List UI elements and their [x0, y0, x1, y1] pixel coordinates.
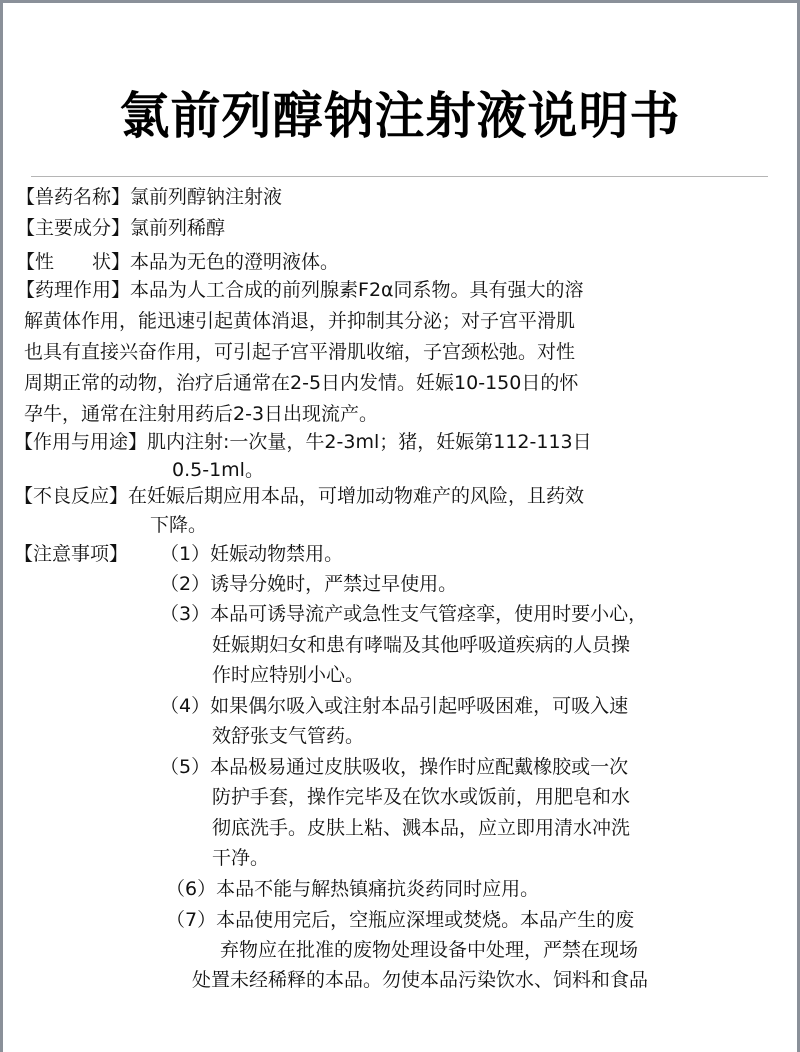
precaution-line: 作时应特别小心。: [212, 661, 364, 689]
section-text: 在妊娠后期应用本品，可增加动物难产的风险，且药效: [128, 485, 584, 507]
title-divider: [31, 176, 768, 177]
item-text: 妊娠动物禁用。: [210, 543, 343, 565]
item-text: 如果偶尔吸入或注射本品引起呼吸困难，可吸入速: [210, 695, 628, 717]
item-text: 本品极易通过皮肤吸收，操作时应配戴橡胶或一次: [210, 756, 628, 778]
item-number: （1）: [160, 543, 210, 565]
precaution-line: 弃物应在批准的废物处理设备中处理，严禁在现场: [220, 936, 638, 964]
adverse-line: 下降。: [150, 511, 207, 539]
precaution-item-6: （6）本品不能与解热镇痛抗炎药同时应用。: [166, 875, 539, 903]
section-label: 【主要成分】: [16, 217, 130, 239]
precaution-line: 干净。: [212, 844, 269, 872]
section-label: 【不良反应】: [14, 485, 128, 507]
precaution-line: 处置未经稀释的本品。勿使本品污染饮水、饲料和食品: [192, 966, 648, 994]
section-adverse: 【不良反应】在妊娠后期应用本品，可增加动物难产的风险，且药效: [14, 482, 584, 510]
item-number: （7）: [166, 909, 216, 931]
precaution-item-7: （7）本品使用完后，空瓶应深埋或焚烧。本品产生的废: [166, 906, 634, 934]
section-appearance: 【性 状】本品为无色的澄明液体。: [16, 248, 339, 276]
section-label: 【药理作用】: [16, 279, 130, 301]
item-number: （4）: [160, 695, 210, 717]
pharmacology-line: 孕牛，通常在注射用药后2-3日出现流产。: [24, 400, 378, 428]
pharmacology-line: 周期正常的动物，治疗后通常在2-5日内发情。妊娠10-150日的怀: [24, 369, 578, 397]
usage-line: 0.5-1ml。: [172, 456, 264, 484]
precaution-item-4: （4）如果偶尔吸入或注射本品引起呼吸困难，可吸入速: [160, 692, 628, 720]
section-usage: 【作用与用途】肌内注射:一次量，牛2-3ml；猪，妊娠第112-113日: [14, 428, 592, 456]
pharmacology-line: 解黄体作用，能迅速引起黄体消退，并抑制其分泌；对子宫平滑肌: [24, 307, 575, 335]
precaution-item-5: （5）本品极易通过皮肤吸收，操作时应配戴橡胶或一次: [160, 753, 628, 781]
section-text: 本品为无色的澄明液体。: [130, 251, 339, 273]
item-text: 诱导分娩时，严禁过早使用。: [210, 573, 457, 595]
precaution-item-1: （1）妊娠动物禁用。: [160, 540, 343, 568]
section-label: 【作用与用途】: [14, 431, 147, 453]
item-text: 本品可诱导流产或急性支气管痉挛，使用时要小心，: [210, 603, 647, 625]
precaution-line: 防护手套，操作完毕及在饮水或饭前，用肥皂和水: [212, 783, 630, 811]
precaution-line: 效舒张支气管药。: [212, 722, 364, 750]
section-text: 本品为人工合成的前列腺素F2α同系物。具有强大的溶: [130, 279, 584, 301]
precaution-item-2: （2）诱导分娩时，严禁过早使用。: [160, 570, 457, 598]
item-number: （6）: [166, 878, 216, 900]
item-number: （5）: [160, 756, 210, 778]
document-title: 氯前列醇钠注射液说明书: [0, 84, 800, 148]
precaution-item-3: （3）本品可诱导流产或急性支气管痉挛，使用时要小心，: [160, 600, 647, 628]
pharmacology-line: 也具有直接兴奋作用，可引起子宫平滑肌收缩，子宫颈松弛。对性: [24, 338, 575, 366]
item-number: （3）: [160, 603, 210, 625]
precaution-line: 妊娠期妇女和患有哮喘及其他呼吸道疾病的人员操: [212, 631, 630, 659]
section-ingredient: 【主要成分】氯前列稀醇: [16, 214, 225, 242]
item-number: （2）: [160, 573, 210, 595]
precaution-line: 彻底洗手。皮肤上粘、溅本品，应立即用清水冲洗: [212, 814, 630, 842]
section-label: 【兽药名称】: [16, 186, 130, 208]
section-text: 氯前列醇钠注射液: [130, 186, 282, 208]
section-label: 【性 状】: [16, 251, 130, 273]
section-text: 肌内注射:一次量，牛2-3ml；猪，妊娠第112-113日: [147, 431, 592, 453]
section-text: 氯前列稀醇: [130, 217, 225, 239]
item-text: 本品使用完后，空瓶应深埋或焚烧。本品产生的废: [216, 909, 634, 931]
item-text: 本品不能与解热镇痛抗炎药同时应用。: [216, 878, 539, 900]
section-pharmacology: 【药理作用】本品为人工合成的前列腺素F2α同系物。具有强大的溶: [16, 276, 584, 304]
section-precautions-label: 【注意事项】: [14, 540, 128, 568]
section-name: 【兽药名称】氯前列醇钠注射液: [16, 183, 282, 211]
